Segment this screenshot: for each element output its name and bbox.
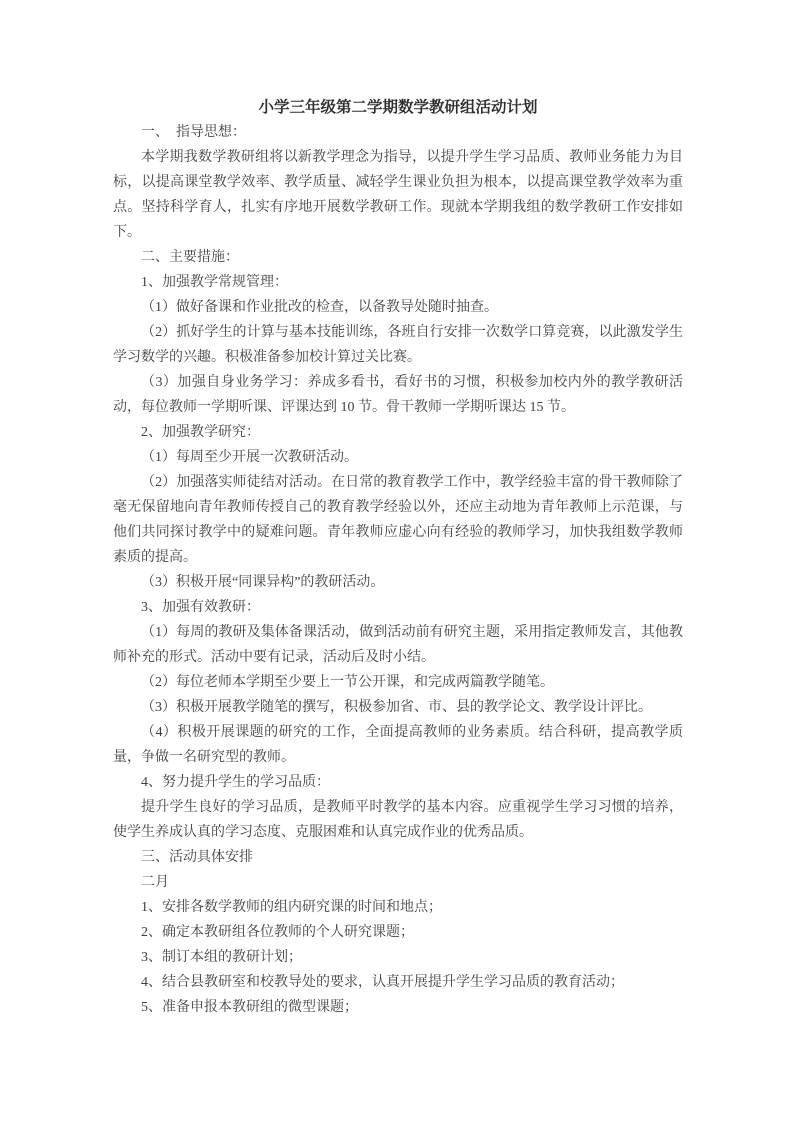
paragraph: 一、 指导思想： [113, 120, 683, 145]
paragraph: 4、结合县教研室和校教导处的要求，认真开展提升学生学习品质的教育活动； [113, 970, 683, 995]
paragraph: 三、活动具体安排 [113, 845, 683, 870]
paragraph: （2）加强落实师徒结对活动。在日常的教育教学工作中，教学经验丰富的骨干教师除了毫… [113, 470, 683, 570]
paragraph: （3）积极开展“同课异构”的教研活动。 [113, 570, 683, 595]
paragraph: 3、制订本组的教研计划； [113, 945, 683, 970]
paragraph: （2）抓好学生的计算与基本技能训练，各班自行安排一次数学口算竞赛，以此激发学生学… [113, 320, 683, 370]
paragraph: （3）积极开展教学随笔的撰写，积极参加省、市、县的教学论文、教学设计评比。 [113, 695, 683, 720]
document-title: 小学三年级第二学期数学教研组活动计划 [113, 95, 683, 120]
paragraph: 1、安排各数学教师的组内研究课的时间和地点； [113, 895, 683, 920]
paragraph: 4、努力提升学生的学习品质： [113, 770, 683, 795]
paragraph: （1）每周的教研及集体备课活动，做到活动前有研究主题，采用指定教师发言，其他教师… [113, 620, 683, 670]
paragraph: 3、加强有效教研： [113, 595, 683, 620]
paragraph: （1）每周至少开展一次教研活动。 [113, 445, 683, 470]
paragraph: （3）加强自身业务学习：养成多看书，看好书的习惯，积极参加校内外的教学教研活动，… [113, 370, 683, 420]
paragraph: 本学期我数学教研组将以新教学理念为指导，以提升学生学习品质、教师业务能力为目标，… [113, 145, 683, 245]
paragraph: 二月 [113, 870, 683, 895]
paragraph: （4）积极开展课题的研究的工作，全面提高教师的业务素质。结合科研，提高教学质量，… [113, 720, 683, 770]
paragraph: 二、主要措施： [113, 245, 683, 270]
paragraph: （2）每位老师本学期至少要上一节公开课，和完成两篇教学随笔。 [113, 670, 683, 695]
paragraph: （1）做好备课和作业批改的检查，以备教导处随时抽查。 [113, 295, 683, 320]
paragraph: 1、加强教学常规管理： [113, 270, 683, 295]
paragraph: 2、加强教学研究： [113, 420, 683, 445]
paragraph: 2、确定本教研组各位教师的个人研究课题； [113, 920, 683, 945]
document-page: 小学三年级第二学期数学教研组活动计划 一、 指导思想：本学期我数学教研组将以新教… [0, 0, 793, 1122]
paragraph-list: 一、 指导思想：本学期我数学教研组将以新教学理念为指导，以提升学生学习品质、教师… [113, 120, 683, 1020]
paragraph: 5、准备申报本教研组的微型课题； [113, 995, 683, 1020]
paragraph: 提升学生良好的学习品质，是教师平时教学的基本内容。应重视学生学习习惯的培养，使学… [113, 795, 683, 845]
